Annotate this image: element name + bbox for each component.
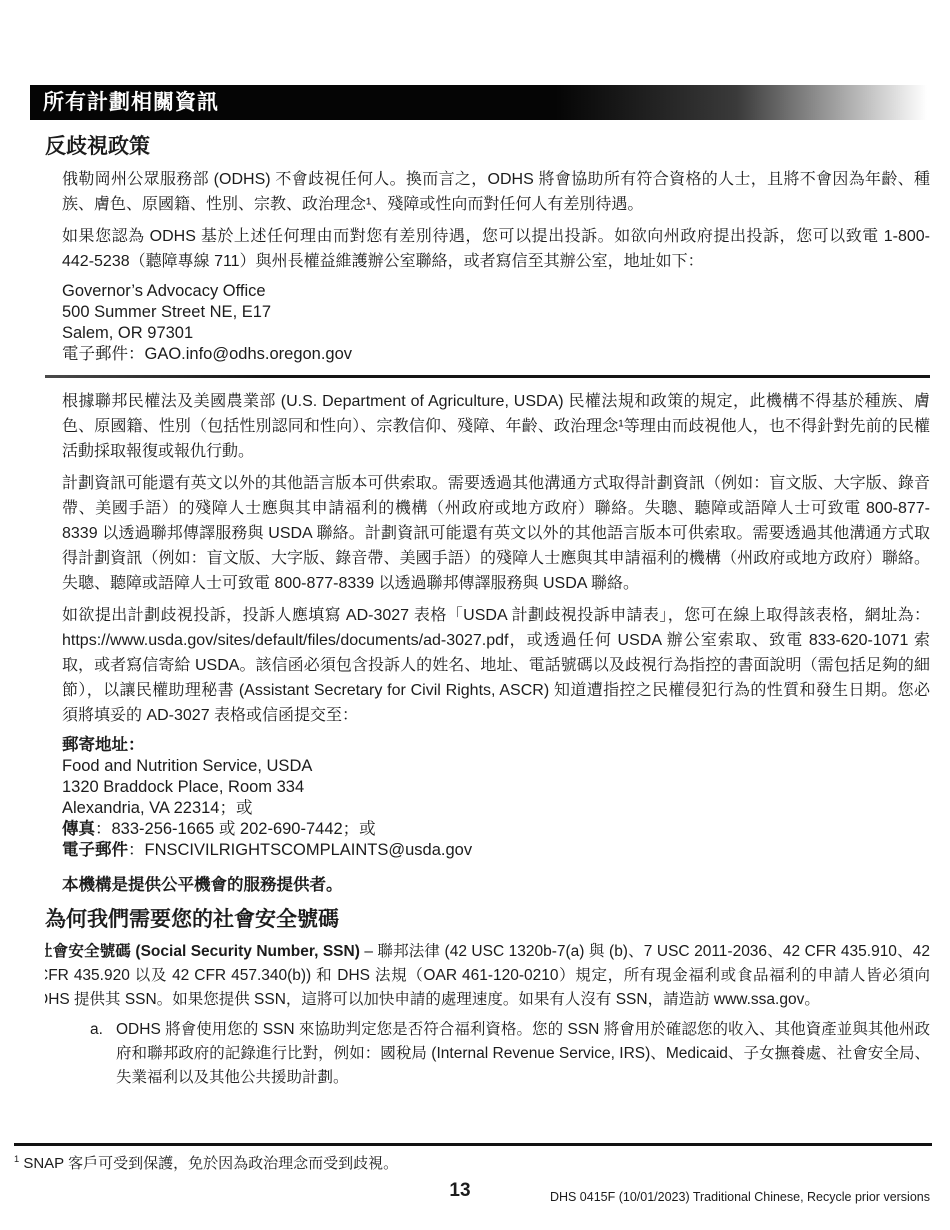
heading-anti-discrimination: 反歧視政策 [45,130,930,160]
address-line-email: 電子郵件：GAO.info@odhs.oregon.gov [62,344,930,365]
footnote-text: 1 SNAP 客戶可受到保護，免於因為政治理念而受到歧視。 [14,1153,932,1174]
usda-complaint-address: 郵寄地址： Food and Nutrition Service, USDA 1… [62,735,930,861]
footnote-body: SNAP 客戶可受到保護，免於因為政治理念而受到歧視。 [19,1155,398,1172]
paragraph-odhs-no-discrimination: 俄勒岡州公眾服務部 (ODHS) 不會歧視任何人。換而言之，ODHS 將會協助所… [62,167,930,217]
ssn-uses-list: a. ODHS 將會使用您的 SSN 來協助判定您是否符合福利資格。您的 SSN… [90,1018,930,1090]
address-line-street: 500 Summer Street NE, E17 [62,302,930,323]
page-content: 反歧視政策 俄勒岡州公眾服務部 (ODHS) 不會歧視任何人。換而言之，ODHS… [45,126,930,1142]
address-line-braddock: 1320 Braddock Place, Room 334 [62,777,930,798]
paragraph-language-access: 計劃資訊可能還有英文以外的其他語言版本可供索取。需要透過其他溝通方式取得計劃資訊… [62,471,930,596]
list-item-marker: a. [90,1018,116,1090]
list-item: a. ODHS 將會使用您的 SSN 來協助判定您是否符合福利資格。您的 SSN… [90,1018,930,1090]
governor-advocacy-address: Governor’s Advocacy Office 500 Summer St… [62,281,930,365]
paragraph-how-to-complain: 如果您認為 ODHS 基於上述任何理由而對您有差別待遇，您可以提出投訴。如欲向州… [62,224,930,274]
usda-email-line: 電子郵件：FNSCIVILRIGHTSCOMPLAINTS@usda.gov [62,840,930,861]
fax-label: 傳真 [62,820,95,838]
mail-label: 郵寄地址： [62,735,930,756]
fax-line: 傳真：833-256-1665 或 202-690-7442；或 [62,819,930,840]
equal-opportunity-statement: 本機構是提供公平機會的服務提供者。 [62,871,930,895]
section-banner: 所有計劃相關資訊 [30,85,936,120]
address-line-office: Governor’s Advocacy Office [62,281,930,302]
email-label: 電子郵件： [62,345,145,363]
list-item-text: ODHS 將會使用您的 SSN 來協助判定您是否符合福利資格。您的 SSN 將會… [116,1018,930,1090]
fax-value: ：833-256-1665 或 202-690-7442；或 [95,820,376,838]
heading-ssn: 為何我們需要您的社會安全號碼 [45,903,930,933]
document-page: 所有計劃相關資訊 反歧視政策 俄勒岡州公眾服務部 (ODHS) 不會歧視任何人。… [0,0,950,1230]
footnote-divider [14,1143,932,1146]
address-line-alexandria: Alexandria, VA 22314；或 [62,798,930,819]
usda-email-value: ：FNSCIVILRIGHTSCOMPLAINTS@usda.gov [128,841,472,859]
paragraph-usda-policy: 根據聯邦民權法及美國農業部 (U.S. Department of Agricu… [62,389,930,464]
ssn-lead-bold: 社會安全號碼 (Social Security Number, SSN) [45,943,360,960]
banner-title: 所有計劃相關資訊 [30,85,936,120]
address-line-city: Salem, OR 97301 [62,323,930,344]
form-id-footer: DHS 0415F (10/01/2023) Traditional Chine… [550,1190,930,1204]
paragraph-ssn-law: 社會安全號碼 (Social Security Number, SSN) – 聯… [45,940,930,1012]
email-value: GAO.info@odhs.oregon.gov [145,345,353,363]
footnote-area: 1 SNAP 客戶可受到保護，免於因為政治理念而受到歧視。 [14,1143,932,1174]
address-line-fns: Food and Nutrition Service, USDA [62,756,930,777]
section-divider [45,375,930,378]
paragraph-ad3027-form: 如欲提出計劃歧視投訴，投訴人應填寫 AD-3027 表格「USDA 計劃歧視投訴… [62,603,930,728]
usda-email-label: 電子郵件 [62,841,128,859]
